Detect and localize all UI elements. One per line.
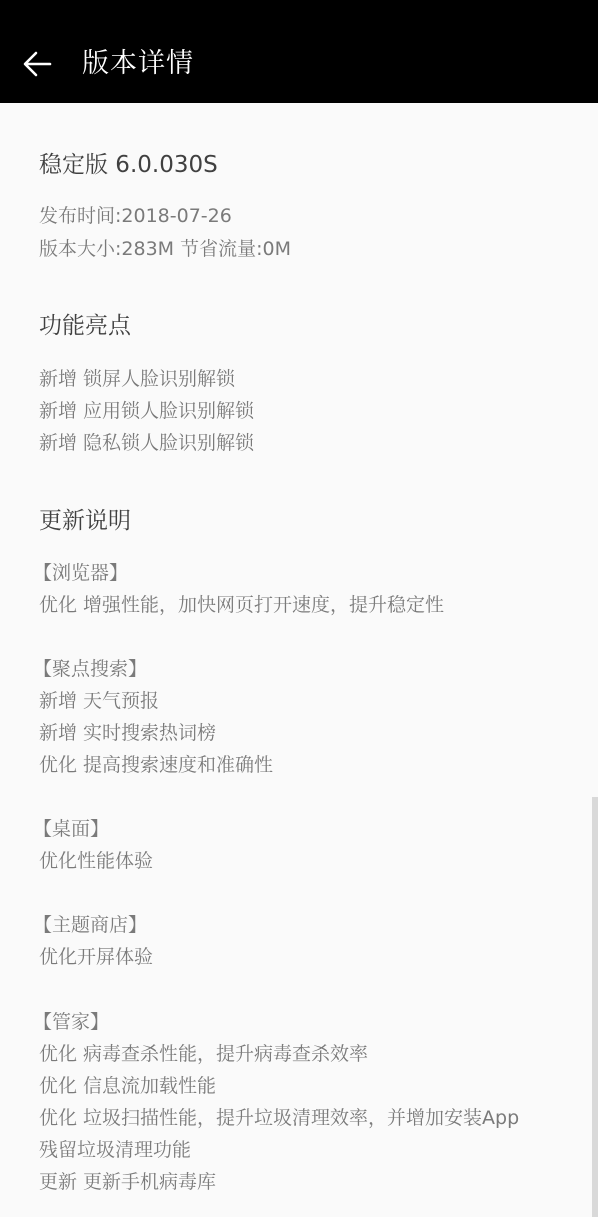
changelog-category: 【聚点搜索】	[33, 653, 147, 685]
changelog-category: 【浏览器】	[33, 557, 128, 589]
size-info: 版本大小:283M 节省流量:0M	[39, 233, 291, 265]
changelog-item: 优化 病毒查杀性能，提升病毒查杀效率	[39, 1038, 368, 1070]
changelog-title: 更新说明	[39, 501, 131, 541]
highlight-item: 新增 应用锁人脸识别解锁	[39, 395, 254, 427]
changelog-category: 【主题商店】	[33, 909, 147, 941]
highlight-item: 新增 隐私锁人脸识别解锁	[39, 427, 254, 459]
changelog-category: 【桌面】	[33, 813, 109, 845]
app-bar: 版本详情	[0, 0, 598, 103]
changelog-item: 优化 提高搜索速度和准确性	[39, 749, 273, 781]
scrollbar[interactable]	[592, 797, 598, 1217]
changelog-item: 更新 更新手机病毒库	[39, 1166, 216, 1198]
arrow-left-icon	[18, 44, 58, 84]
page-title: 版本详情	[82, 44, 194, 84]
changelog-item: 残留垃圾清理功能	[39, 1134, 191, 1166]
changelog-item: 优化性能体验	[39, 845, 153, 877]
changelog-category: 【管家】	[33, 1006, 109, 1038]
highlight-item: 新增 锁屏人脸识别解锁	[39, 363, 235, 395]
changelog-item: 优化 信息流加载性能	[39, 1070, 216, 1102]
changelog-item: 优化 垃圾扫描性能，提升垃圾清理效率，并增加安装App	[39, 1102, 519, 1134]
highlights-title: 功能亮点	[39, 306, 131, 346]
back-button[interactable]	[18, 44, 58, 84]
changelog-item: 新增 实时搜索热词榜	[39, 717, 216, 749]
changelog-item: 新增 天气预报	[39, 685, 159, 717]
release-date: 发布时间:2018-07-26	[39, 200, 232, 232]
changelog-item: 优化 增强性能，加快网页打开速度，提升稳定性	[39, 589, 444, 621]
version-name: 稳定版 6.0.030S	[39, 145, 218, 185]
changelog-item: 优化开屏体验	[39, 941, 153, 973]
